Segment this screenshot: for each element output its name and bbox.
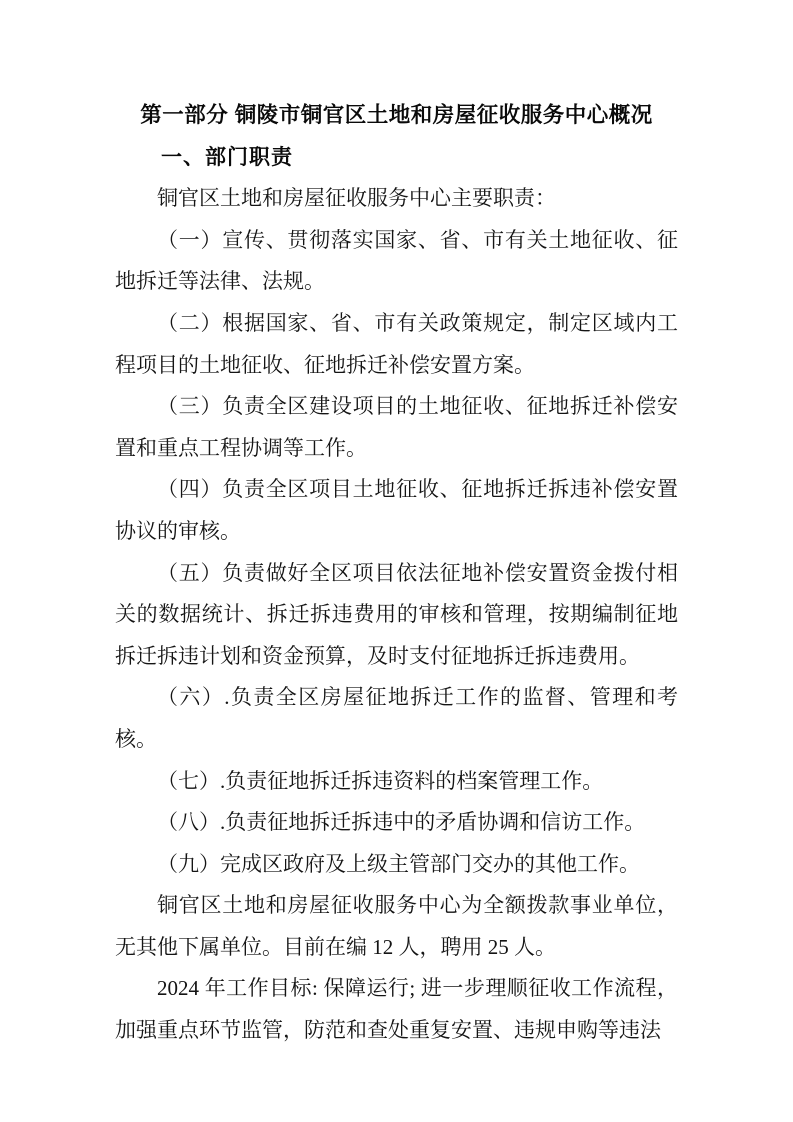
paragraph: （一）宣传、贯彻落实国家、省、市有关土地征收、征地拆迁等法律、法规。 bbox=[115, 220, 678, 303]
paragraph: 铜官区土地和房屋征收服务中心主要职责： bbox=[115, 178, 678, 220]
paragraph: （七）.负责征地拆迁拆违资料的档案管理工作。 bbox=[115, 761, 678, 803]
document-body: 铜官区土地和房屋征收服务中心主要职责： （一）宣传、贯彻落实国家、省、市有关土地… bbox=[115, 178, 678, 1051]
paragraph: （六）.负责全区房屋征地拆迁工作的监督、管理和考核。 bbox=[115, 677, 678, 760]
paragraph: （三）负责全区建设项目的土地征收、征地拆迁补偿安置和重点工程协调等工作。 bbox=[115, 386, 678, 469]
section-heading: 一、部门职责 bbox=[115, 137, 678, 179]
document-title: 第一部分 铜陵市铜官区土地和房屋征收服务中心概况 bbox=[115, 95, 678, 137]
paragraph: 2024 年工作目标: 保障运行; 进一步理顺征收工作流程，加强重点环节监管，防… bbox=[115, 968, 678, 1051]
paragraph: （二）根据国家、省、市有关政策规定，制定区域内工程项目的土地征收、征地拆迁补偿安… bbox=[115, 303, 678, 386]
paragraph: （四）负责全区项目土地征收、征地拆迁拆违补偿安置协议的审核。 bbox=[115, 469, 678, 552]
document-page: 第一部分 铜陵市铜官区土地和房屋征收服务中心概况 一、部门职责 铜官区土地和房屋… bbox=[0, 0, 793, 1122]
paragraph: （八）.负责征地拆迁拆违中的矛盾协调和信访工作。 bbox=[115, 802, 678, 844]
paragraph: 铜官区土地和房屋征收服务中心为全额拨款事业单位，无其他下属单位。目前在编 12 … bbox=[115, 885, 678, 968]
paragraph: （五）负责做好全区项目依法征地补偿安置资金拨付相关的数据统计、拆迁拆违费用的审核… bbox=[115, 553, 678, 678]
paragraph: （九）完成区政府及上级主管部门交办的其他工作。 bbox=[115, 844, 678, 886]
